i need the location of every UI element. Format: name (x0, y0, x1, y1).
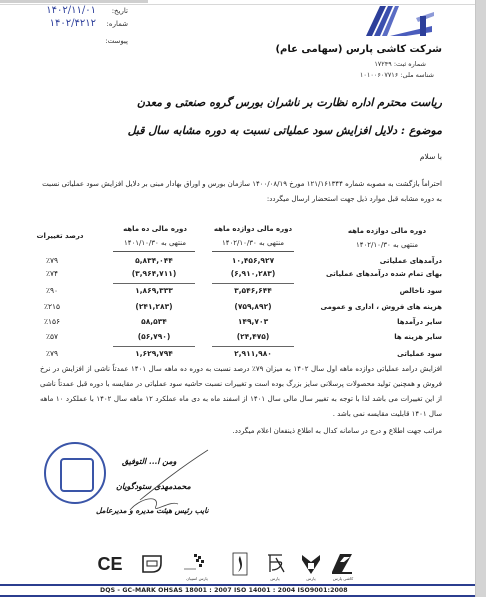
row-prior-other-expenses: (۵۶,۷۹۰) (113, 332, 195, 341)
row-label-other-income: سایر درآمدها (282, 318, 442, 326)
tile-logo-icon (330, 552, 354, 576)
row-change-operating-profit: ٪۷۹ (32, 349, 72, 358)
pars-esteghlal-icon (182, 552, 212, 576)
document-page: تاریخ: ۱۴۰۲/۱۱/۰۱ شماره: ۱۴۰۲/۴۲۱۲ پیوست… (0, 0, 476, 597)
row-change-revenue: ٪۷۹ (32, 256, 72, 265)
row-change-cogs: ٪۷۴ (32, 269, 72, 278)
letter-meta: تاریخ: ۱۴۰۲/۱۱/۰۱ شماره: ۱۴۰۲/۴۲۱۲ پیوست… (8, 4, 128, 47)
header-prior: دوره مالی ده ماهه منتهی به ۱۴۰۱/۱۰/۳۰ (115, 222, 195, 250)
ce-mark-icon: CE (98, 552, 122, 576)
row-current-sga: (۷۵۹,۸۹۲) (212, 302, 294, 311)
current-period-title: دوره مالی دوازده ماهه (332, 224, 442, 238)
row-label-revenue: درآمدهای عملیاتی (282, 257, 442, 265)
col-header-current: دوره مالی دوازده ماهه منتهی به ۱۴۰۲/۱۰/۳… (332, 224, 442, 252)
header-rule-current (212, 251, 294, 252)
row-change-other-expenses: ٪۵۷ (32, 332, 72, 341)
addressee: ریاست محترم اداره نظارت بر ناشران بورس گ… (137, 96, 442, 109)
row-current-gross-profit: ۳,۵۴۶,۶۴۴ (212, 286, 294, 295)
pars-logo-caption: پارس (262, 576, 288, 581)
subtotal-rule-current (212, 283, 294, 284)
attachment-label: پیوست: (100, 37, 128, 45)
row-change-gross-profit: ٪۹۰ (32, 286, 72, 295)
total-rule-prior (113, 346, 195, 347)
header-current-title: دوره مالی دوازده ماهه (212, 222, 294, 236)
header-prior-sub: منتهی به ۱۴۰۱/۱۰/۳۰ (115, 236, 195, 250)
intro-paragraph: احتراماً بازگشت به مصوبه شماره ۱۲۱/۱۶۱۳۴… (40, 177, 442, 207)
iran-standard-icon (140, 552, 164, 576)
row-prior-other-income: ۵۸,۵۳۴ (113, 317, 195, 326)
registration-number: شماره ثبت: ۱۷۲۴۹ (374, 60, 426, 68)
header-current-sub: منتهی به ۱۴۰۲/۱۰/۳۰ (212, 236, 294, 250)
row-change-other-income: ٪۱۵۶ (32, 317, 72, 326)
vertical-scrollbar[interactable] (475, 0, 486, 597)
current-period-sub: منتهی به ۱۴۰۲/۱۰/۳۰ (332, 238, 442, 252)
number-value: ۱۴۰۲/۴۲۱۲ (50, 18, 96, 29)
pars-logo-icon (264, 552, 286, 576)
subject-line: موضوع : دلایل افزایش سود عملیاتی نسبت به… (128, 124, 442, 137)
row-current-other-income: ۱۴۹,۷۰۳ (212, 317, 294, 326)
date-value: ۱۴۰۲/۱۱/۰۱ (46, 5, 96, 16)
row-current-other-expenses: (۲۴,۴۷۵) (212, 332, 294, 341)
row-prior-cogs: (۳,۹۶۴,۷۱۱) (113, 269, 195, 278)
pars-esteghlal-caption: پارس اسپیان (182, 576, 212, 581)
flame-icon (232, 552, 248, 576)
number-label: شماره: (100, 20, 128, 28)
greeting: با سلام (420, 152, 442, 161)
closing-paragraph: مراتب جهت اطلاع و درج در سامانه کدال به … (40, 424, 442, 439)
signature-scribble-icon (100, 448, 210, 518)
row-label-sga: هزینه های فروش ، اداری و عمومی (282, 303, 442, 311)
row-current-cogs: (۶,۹۱۰,۲۸۳) (212, 269, 294, 278)
row-current-operating-profit: ۲,۹۱۱,۹۸۰ (212, 349, 294, 358)
company-stamp (44, 442, 106, 504)
row-label-gross-profit: سود ناخالص (282, 287, 442, 295)
header-rule-prior (113, 251, 195, 252)
header-current: دوره مالی دوازده ماهه منتهی به ۱۴۰۲/۱۰/۳… (212, 222, 294, 250)
heart-shield-icon (300, 552, 322, 576)
date-label: تاریخ: (100, 7, 128, 15)
row-prior-sga: (۲۴۱,۲۸۳) (113, 302, 195, 311)
row-label-other-expenses: سایر هزینه ها (282, 333, 442, 341)
row-label-cogs: بهای تمام شده درآمدهای عملیاتی (282, 270, 442, 278)
row-prior-revenue: ۵,۸۳۴,۰۴۴ (113, 256, 195, 265)
horizontal-scrollbar[interactable] (0, 0, 148, 3)
certifications-text: DQS - GC-MARK OHSAS 18001 : 2007 ISO 140… (100, 587, 348, 594)
national-id: شناسه ملی: ۱۰۱۰۰۶۰۷۷۱۶ (360, 71, 434, 79)
row-prior-operating-profit: ۱,۶۲۹,۷۹۴ (113, 349, 195, 358)
footer-rule-top (0, 584, 476, 586)
row-change-sga: ٪۲۱۵ (32, 302, 72, 311)
subtotal-rule-prior (113, 283, 195, 284)
header-prior-title: دوره مالی ده ماهه (115, 222, 195, 236)
company-logo-icon (366, 6, 438, 40)
total-rule-current (212, 346, 294, 347)
row-label-operating-profit: سود عملیاتی (282, 350, 442, 358)
header-change: درصد تغییرات (30, 229, 90, 243)
row-current-revenue: ۱۰,۴۵۶,۹۲۷ (212, 256, 294, 265)
explanation-paragraph: افزایش درامد عملیاتی دوازده ماهه اول سال… (40, 362, 442, 422)
company-name: شرکت کاشی پارس (سهامی عام) (275, 44, 442, 55)
stamp-logo-icon (60, 458, 94, 492)
tile-logo-caption: کاشی پارس (326, 576, 360, 581)
heart-shield-caption: پارس (298, 576, 324, 581)
row-prior-gross-profit: ۱,۸۶۹,۳۳۳ (113, 286, 195, 295)
